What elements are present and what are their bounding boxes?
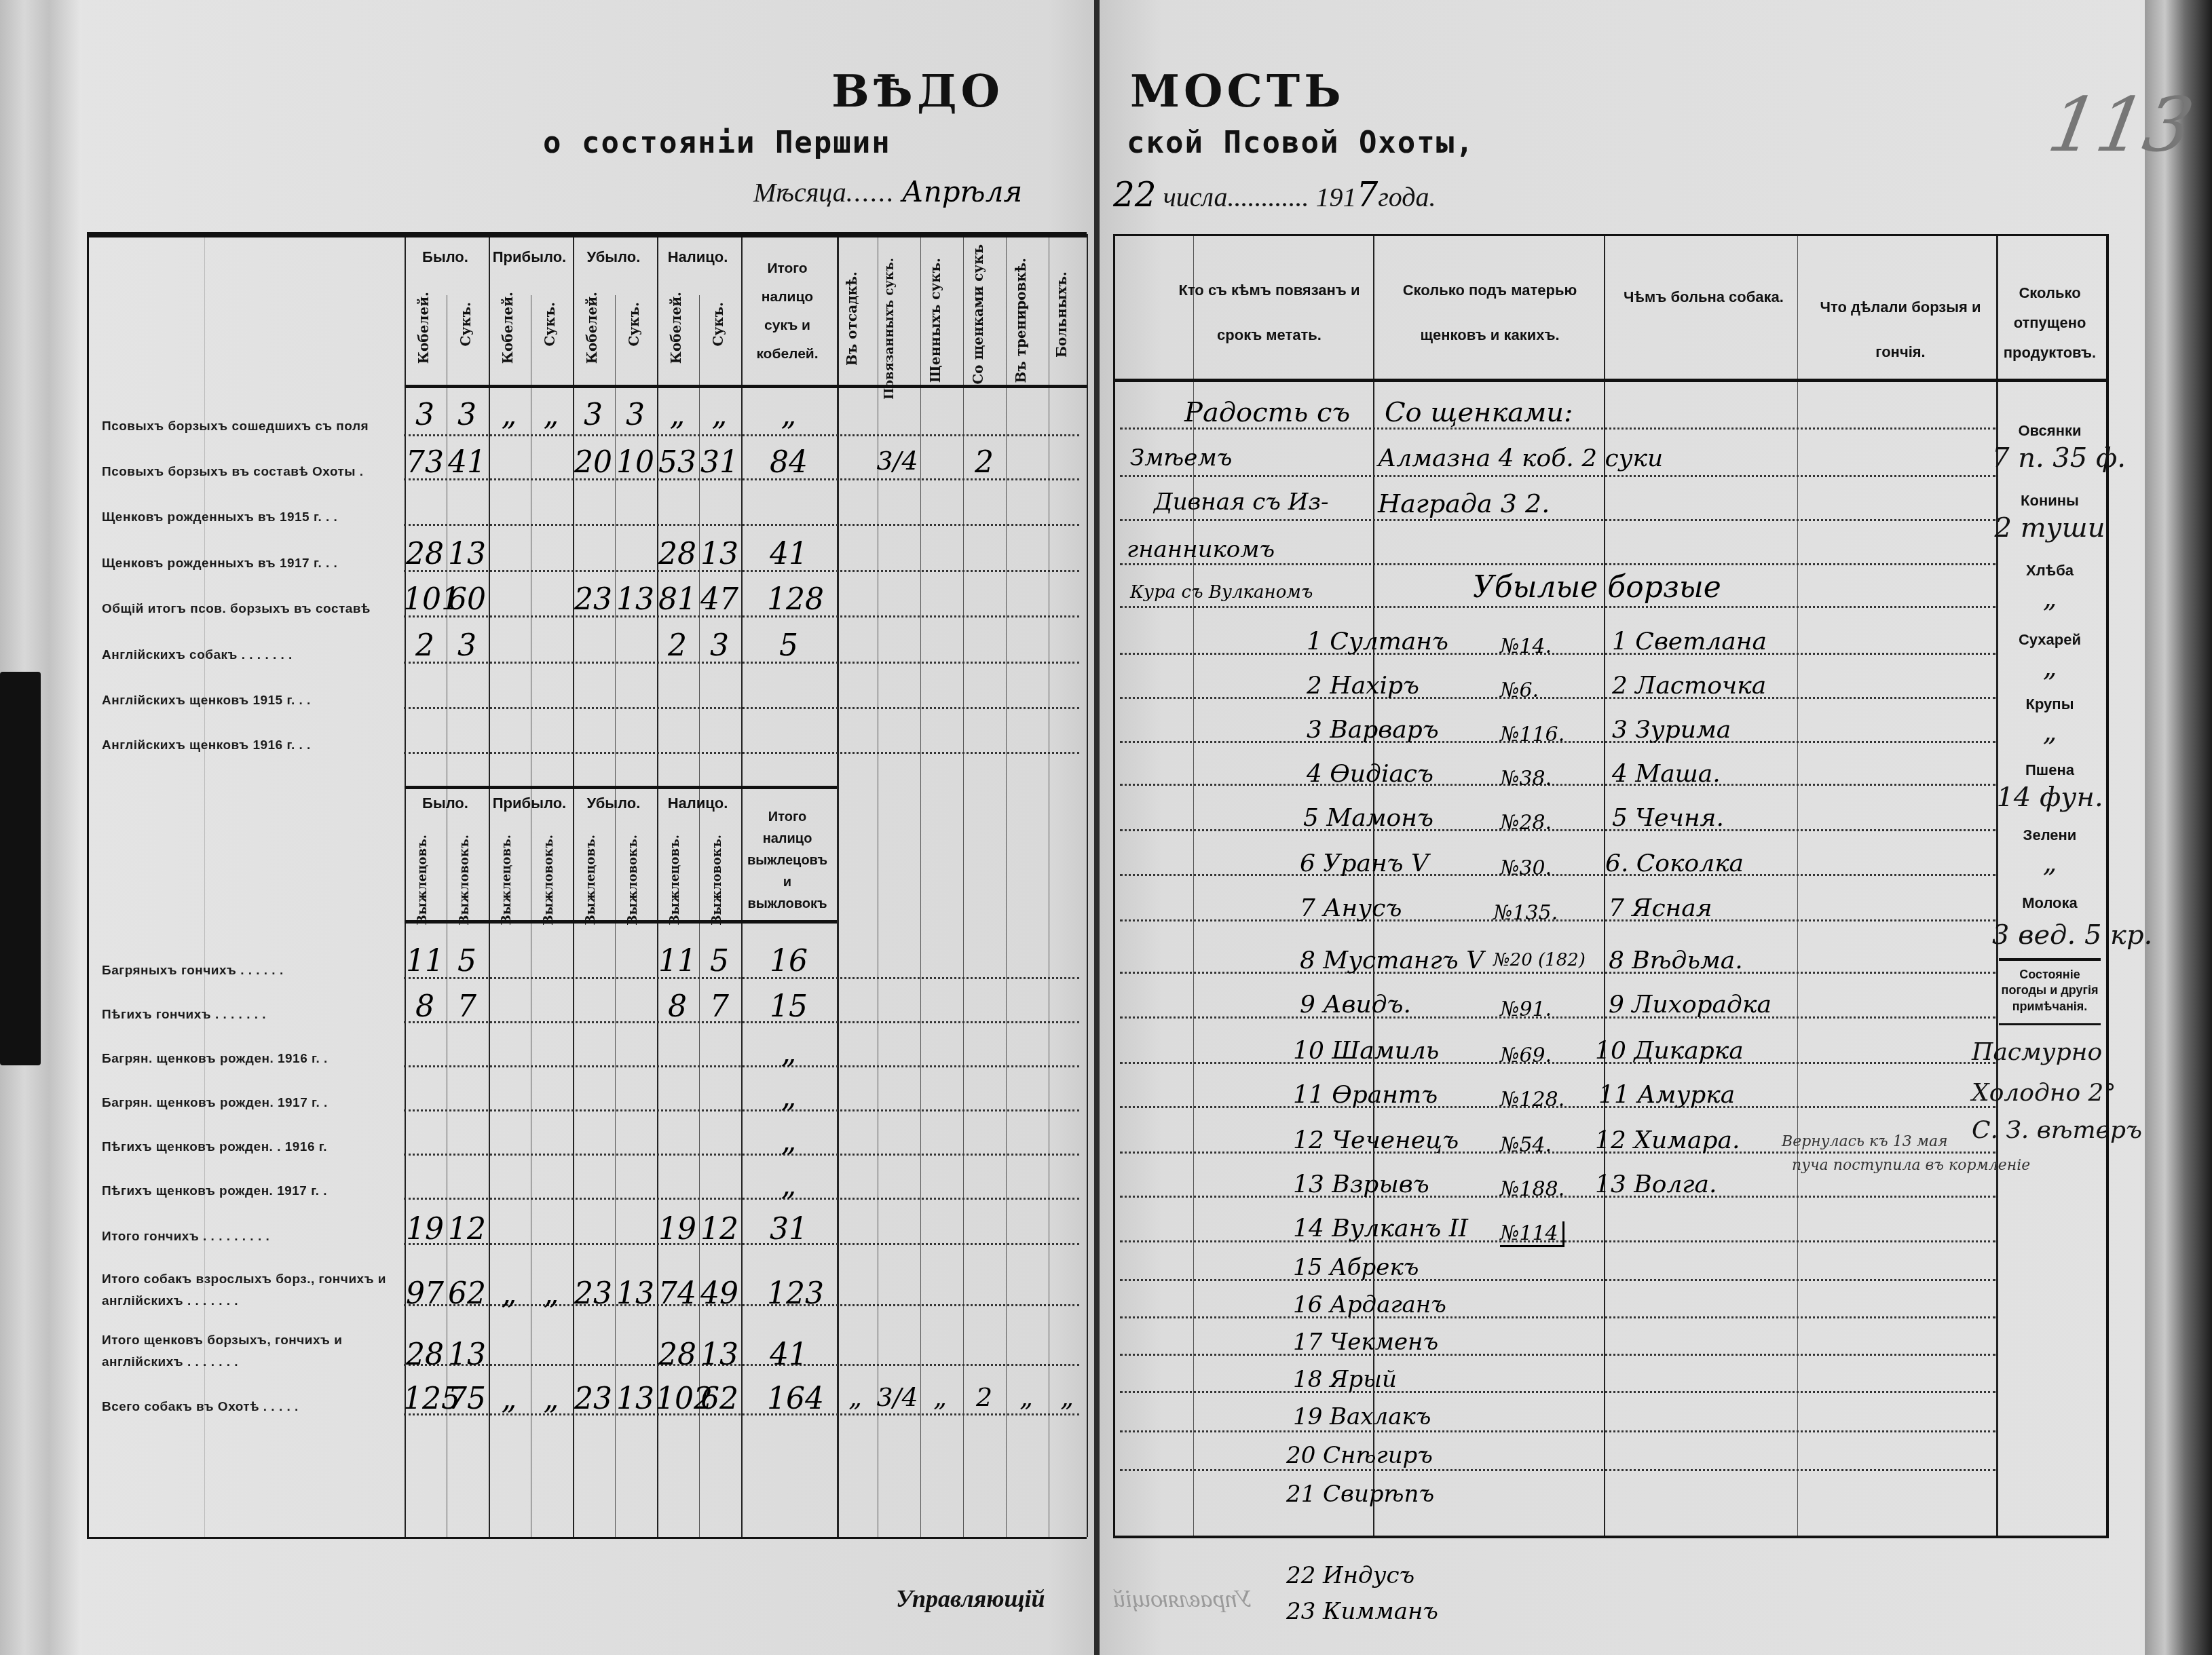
hounds-header-nalitso: Налицо.: [656, 794, 740, 813]
cell: 81: [656, 585, 699, 615]
header-under-mother: Сколько подъ матерью щенковъ и какихъ.: [1378, 268, 1602, 358]
cell: 125: [403, 1384, 447, 1414]
product-value: 3 вед. 5 кр.: [1992, 919, 2107, 951]
list-item: 9 Авидъ.: [1300, 991, 1411, 1019]
binding-clip: [0, 672, 41, 1065]
cell: 102: [656, 1384, 699, 1414]
header-activity: Что дѣлали борзыя и гончiя.: [1805, 285, 1995, 375]
list-item: 9 Лихорадка: [1609, 991, 1772, 1019]
row-label: Итого собакъ взрослыхъ борз., гончихъ и …: [102, 1269, 400, 1313]
list-item: 13 Взрывъ: [1293, 1171, 1429, 1198]
hounds-sub-7: Выжлецовъ.: [668, 835, 682, 925]
subheader-kobelei-4: Кобелей.: [668, 292, 684, 364]
header-ubylo: Убыло.: [571, 248, 656, 267]
cell: 49: [698, 1279, 741, 1309]
subheader-kobelei-3: Кобелей.: [584, 292, 600, 364]
subheader-suk-2: Сукъ.: [542, 302, 558, 346]
right-ledger-table: [1113, 234, 2109, 1538]
cell: 3: [403, 400, 447, 430]
cell: 41: [445, 448, 489, 478]
list-item: 2 Нахiръ: [1307, 672, 1419, 700]
header-bolnykh: Больныхъ.: [1053, 271, 1070, 358]
subheader-kobelei-1: Кобелей.: [415, 292, 432, 364]
subtitle-left: о состоянiи Першин: [543, 126, 891, 160]
header-who-bred: Кто съ кѣмъ повязанъ и срокъ метать.: [1167, 268, 1371, 358]
row-label: Англiйскихъ щенковъ 1915 г. . .: [102, 693, 311, 708]
cell: „: [656, 400, 699, 430]
return-note: Вернулась къ 13 мая: [1782, 1133, 1948, 1150]
cell: „: [529, 1279, 573, 1309]
list-item: 4 Ѳидiасъ: [1307, 760, 1433, 788]
row-label: Пѣгихъ гончихъ . . . . . . .: [102, 1008, 266, 1023]
list-item: 21 Свирѣпъ: [1286, 1481, 1434, 1508]
product-value: „: [1992, 847, 2107, 878]
header-nalitso: Налицо.: [656, 248, 740, 267]
cell: „: [487, 400, 531, 430]
cell: 53: [656, 448, 699, 478]
weather-header: Состоянiе погоды и другiя примѣчанiя.: [1999, 967, 2101, 1014]
row-label: Щенковъ рожденныхъ въ 1915 г. . .: [102, 510, 337, 525]
cell: „: [767, 1038, 810, 1068]
cell: 3: [445, 631, 489, 661]
bred-entry: Змѣемъ: [1130, 444, 1232, 472]
list-item-no: №30.: [1500, 856, 1552, 880]
cell: 13: [698, 539, 741, 569]
product-label: Овсянки: [1999, 422, 2101, 440]
row-label: Щенковъ рожденныхъ въ 1917 г. . .: [102, 556, 337, 571]
cell: „: [918, 1384, 962, 1410]
cell: 11: [403, 947, 447, 976]
row-label: Пѣгихъ щенковъ рожден. 1917 г. .: [102, 1184, 327, 1199]
title-left: ВѢДО: [831, 64, 1004, 117]
cell: 123: [767, 1279, 810, 1309]
hounds-sub-1: Выжлецовъ.: [415, 835, 430, 925]
list-item-no: №114: [1500, 1221, 1564, 1247]
cell: „: [487, 1279, 531, 1309]
list-item-no: №28.: [1500, 811, 1552, 835]
list-item: 11 Амурка: [1598, 1081, 1735, 1109]
list-item-no: №54.: [1500, 1133, 1552, 1157]
cell: 3/4: [876, 448, 919, 474]
manager-signature-label: Управляющiй: [896, 1584, 1045, 1613]
product-label: Сухарей: [1999, 631, 2101, 649]
cell: 3: [445, 400, 489, 430]
cell: 23: [571, 585, 615, 615]
list-item-no: №20 (182): [1493, 950, 1586, 970]
list-item-no: №6.: [1500, 679, 1539, 702]
list-item-no: №116.: [1500, 723, 1564, 746]
header-v-otsadke: Въ отсадкѣ.: [844, 271, 860, 366]
list-item: 15 Абрекъ: [1293, 1254, 1419, 1281]
cell: 13: [698, 1340, 741, 1370]
row-label: Итого щенковъ борзыхъ, гончихъ и англiйс…: [102, 1330, 400, 1374]
cell: 60: [445, 585, 489, 615]
year-value: 7: [1356, 175, 1378, 214]
cell: 28: [403, 539, 447, 569]
cell: 11: [656, 947, 699, 976]
list-item: 3 Зурима: [1612, 716, 1731, 744]
row-label: Всего собакъ въ Охотѣ . . . . .: [102, 1400, 299, 1415]
year-prefix: 191: [1315, 182, 1356, 212]
cell: 16: [767, 947, 810, 976]
header-povyazannykh: Повязанныхъ сукъ.: [882, 258, 897, 400]
cell: 19: [656, 1215, 699, 1244]
row-label: Англiйскихъ щенковъ 1916 г. . .: [102, 738, 311, 753]
weather-line: С. З. вѣтеръ: [1972, 1116, 2087, 1144]
hounds-sub-8: Выжловокъ.: [710, 835, 724, 926]
removed-borzoi-title: Убылые борзые: [1473, 570, 1721, 605]
header-v-trenirovke: Въ тренировкѣ.: [1013, 258, 1029, 383]
cell: 47: [698, 585, 741, 615]
cell: 13: [445, 1340, 489, 1370]
header-so-shchenkami: Со щенками сукъ: [970, 244, 986, 385]
cell: 19: [403, 1215, 447, 1244]
day-label: числа: [1163, 182, 1228, 212]
list-item: 12 Чеченецъ: [1293, 1126, 1459, 1154]
hounds-sub-3: Выжлецовъ.: [500, 835, 514, 925]
header-shchennykh: Щенныхъ сукъ.: [927, 258, 943, 383]
row-label: Багрян. щенковъ рожден. 1917 г. .: [102, 1096, 328, 1111]
folio-number: 113: [2042, 81, 2200, 168]
page-stack-edge: [2145, 0, 2212, 1655]
list-item: 4 Маша.: [1612, 760, 1721, 788]
cell: 31: [698, 448, 741, 478]
day-value: 22: [1113, 175, 1157, 214]
hounds-header-pribylo: Прибыло.: [487, 794, 571, 813]
cell: 10: [614, 448, 657, 478]
bred-entry: Кура съ Вулканомъ: [1130, 582, 1313, 603]
list-item-no: №135.: [1493, 901, 1558, 925]
cell: „: [767, 400, 810, 430]
cell: 7: [445, 992, 489, 1022]
cell: 41: [767, 1340, 810, 1370]
product-label: Крупы: [1999, 696, 2101, 713]
list-item: 10 Дикарка: [1595, 1037, 1744, 1065]
date-day-line: 22 числа............ 1917года.: [1113, 175, 1436, 214]
cell: 2: [403, 631, 447, 661]
list-item: 13 Волга.: [1595, 1171, 1717, 1198]
cell: „: [529, 1384, 573, 1414]
list-item-no: №91.: [1500, 997, 1552, 1021]
list-item: 17 Чекменъ: [1293, 1329, 1438, 1356]
month-label: Мѣсяца: [753, 177, 846, 208]
header-sickness: Чѣмъ больна собака.: [1615, 275, 1792, 320]
cell: „: [1005, 1384, 1048, 1410]
cell: 28: [656, 1340, 699, 1370]
header-pribylo: Прибыло.: [487, 248, 571, 267]
cell: 13: [614, 1384, 657, 1414]
list-item: 22 Индусъ: [1286, 1562, 1414, 1589]
list-item: 10 Шамиль: [1293, 1037, 1439, 1065]
hounds-header-bylo: Было.: [403, 794, 487, 813]
cell: „: [698, 400, 741, 430]
subheader-suk-1: Сукъ.: [457, 302, 474, 346]
cell: 41: [767, 539, 810, 569]
cell: „: [529, 400, 573, 430]
cell: 15: [767, 992, 810, 1022]
weather-line: Пасмурно: [1972, 1038, 2087, 1066]
cell: 3: [571, 400, 615, 430]
hounds-sub-2: Выжловокъ.: [457, 835, 472, 926]
hounds-header-total: Итого налицо выжлецовъ и выжловокъ: [743, 806, 831, 915]
cell: 20: [571, 448, 615, 478]
cell: 23: [571, 1384, 615, 1414]
list-item: 16 Ардаганъ: [1293, 1291, 1446, 1318]
list-item: 1 Светлана: [1612, 628, 1767, 655]
list-item-no: №69.: [1500, 1044, 1552, 1067]
subheader-kobelei-2: Кобелей.: [500, 292, 516, 364]
subheader-suk-3: Сукъ.: [626, 302, 642, 346]
cell: 2: [962, 1384, 1006, 1410]
cell: 3: [698, 631, 741, 661]
return-note-2: пуча поступила въ кормленiе: [1792, 1157, 2030, 1174]
divider: [1999, 958, 2101, 961]
under-mother-entry: Алмазна 4 коб. 2 суки: [1378, 444, 1663, 472]
weather-line: Холодно 2°: [1972, 1079, 2087, 1107]
list-item: 18 Ярый: [1293, 1366, 1397, 1393]
list-item: 5 Мамонъ: [1303, 804, 1433, 832]
row-label: Итого гончихъ . . . . . . . . .: [102, 1230, 269, 1244]
row-label: Багряныхъ гончихъ . . . . . .: [102, 964, 284, 978]
list-item: 23 Кимманъ: [1286, 1598, 1438, 1625]
list-item-no: №128.: [1500, 1088, 1564, 1111]
year-label: года.: [1378, 182, 1436, 212]
hounds-sub-6: Выжловокъ.: [626, 835, 640, 926]
cell: 12: [698, 1215, 741, 1244]
cell: 62: [698, 1384, 741, 1414]
cell: 13: [614, 585, 657, 615]
row-label: Псовыхъ борзыхъ въ составѣ Охоты .: [102, 465, 364, 480]
list-item: 20 Снѣгиръ: [1286, 1442, 1433, 1469]
cell: 8: [403, 992, 447, 1022]
list-item: 12 Химара.: [1595, 1126, 1740, 1154]
list-item: 7 Анусъ: [1300, 894, 1402, 922]
cell: 128: [767, 585, 810, 615]
product-label: Конины: [1999, 492, 2101, 510]
cell: 12: [445, 1215, 489, 1244]
bleed-through-text: Управляющiй: [1113, 1584, 1253, 1613]
title-right: МОСТЬ: [1130, 64, 1345, 117]
page-gutter: [1094, 0, 1100, 1655]
product-label: Пшена: [1999, 761, 2101, 779]
under-mother-entry: Со щенками:: [1385, 397, 1573, 428]
hounds-header-ubylo: Убыло.: [571, 794, 656, 813]
cell: 31: [767, 1215, 810, 1244]
cell: 23: [571, 1279, 615, 1309]
cell: 5: [698, 947, 741, 976]
header-products: Сколько отпущено продуктовъ.: [1999, 278, 2101, 368]
cell: „: [767, 1082, 810, 1112]
cell: 8: [656, 992, 699, 1022]
cell: 164: [767, 1384, 810, 1414]
cell: 13: [445, 539, 489, 569]
cell: 62: [445, 1279, 489, 1309]
under-mother-entry: Награда 3 2.: [1378, 489, 1550, 518]
cell: 13: [614, 1279, 657, 1309]
cell: 84: [767, 448, 810, 478]
divider: [1999, 1023, 2101, 1025]
list-item-no: №38.: [1500, 767, 1552, 791]
cell: 3: [614, 400, 657, 430]
cell: 5: [767, 631, 810, 661]
cell: 2: [656, 631, 699, 661]
product-label: Молока: [1999, 894, 2101, 912]
product-label: Зелени: [1999, 826, 2101, 844]
subheader-suk-4: Сукъ.: [710, 302, 726, 346]
list-item: 3 Варваръ: [1307, 716, 1439, 744]
cell: 75: [445, 1384, 489, 1414]
cell: 3/4: [876, 1384, 919, 1410]
date-month-line: Мѣсяца...... Апрѣля: [753, 175, 1022, 208]
product-value: 14 фун.: [1992, 782, 2107, 813]
list-item: 11 Ѳрантъ: [1293, 1081, 1438, 1109]
cell: „: [767, 1126, 810, 1156]
product-value: 2 туши: [1992, 512, 2107, 544]
bred-entry: гнанникомъ: [1127, 536, 1275, 563]
list-item: 5 Чечня.: [1612, 804, 1724, 832]
cell: 28: [656, 539, 699, 569]
cell: 28: [403, 1340, 447, 1370]
header-bylo: Было.: [403, 248, 487, 267]
row-label: Англiйскихъ собакъ . . . . . . .: [102, 648, 293, 663]
subtitle-right: ской Псовой Охоты,: [1127, 126, 1475, 160]
hounds-sub-5: Выжлецовъ.: [584, 835, 598, 925]
product-value: „: [1992, 716, 2107, 747]
hounds-sub-4: Выжловокъ.: [542, 835, 556, 926]
cell: „: [767, 1171, 810, 1200]
list-item: 1 Султанъ: [1307, 628, 1448, 655]
cell: „: [487, 1384, 531, 1414]
list-item: 6 Уранъ V: [1300, 850, 1429, 877]
list-item: 2 Ласточка: [1612, 672, 1766, 700]
cell: 2: [962, 448, 1006, 478]
cell: 7: [698, 992, 741, 1022]
cell: 101: [403, 585, 447, 615]
product-value: „: [1992, 651, 2107, 683]
cell: 73: [403, 448, 447, 478]
product-label: Хлѣба: [1999, 562, 2101, 579]
cell: „: [833, 1384, 877, 1410]
cell: 74: [656, 1279, 699, 1309]
list-item: 8 Мустангъ V: [1300, 947, 1484, 974]
cell: „: [1045, 1384, 1089, 1410]
bred-entry: Дивная съ Из-: [1154, 489, 1329, 516]
list-item: 19 Вахлакъ: [1293, 1403, 1431, 1430]
cell: 97: [403, 1279, 447, 1309]
row-label: Общiй итогъ псов. борзыхъ въ составѣ: [102, 602, 371, 617]
list-item: 8 Вѣдьма.: [1609, 947, 1743, 974]
list-item: 6. Соколка: [1605, 850, 1744, 877]
bred-entry: Радость съ: [1184, 397, 1350, 428]
product-value: 7 п. 35 ф.: [1992, 442, 2107, 474]
list-item: 14 Вулканъ II: [1293, 1215, 1468, 1242]
list-item-no: №14.: [1500, 634, 1552, 658]
row-label: Пѣгихъ щенковъ рожден. . 1916 г.: [102, 1140, 327, 1155]
list-item: 7 Ясная: [1609, 894, 1712, 922]
cell: 5: [445, 947, 489, 976]
month-value: Апрѣля: [902, 175, 1022, 208]
row-label: Багрян. щенковъ рожден. 1916 г. .: [102, 1052, 328, 1067]
row-label: Псовыхъ борзыхъ сошедшихъ съ поля: [102, 419, 369, 434]
list-item-no: №188.: [1500, 1177, 1564, 1201]
product-value: „: [1992, 582, 2107, 613]
header-total: Итого налицо сукъ и кобелей.: [743, 254, 831, 368]
